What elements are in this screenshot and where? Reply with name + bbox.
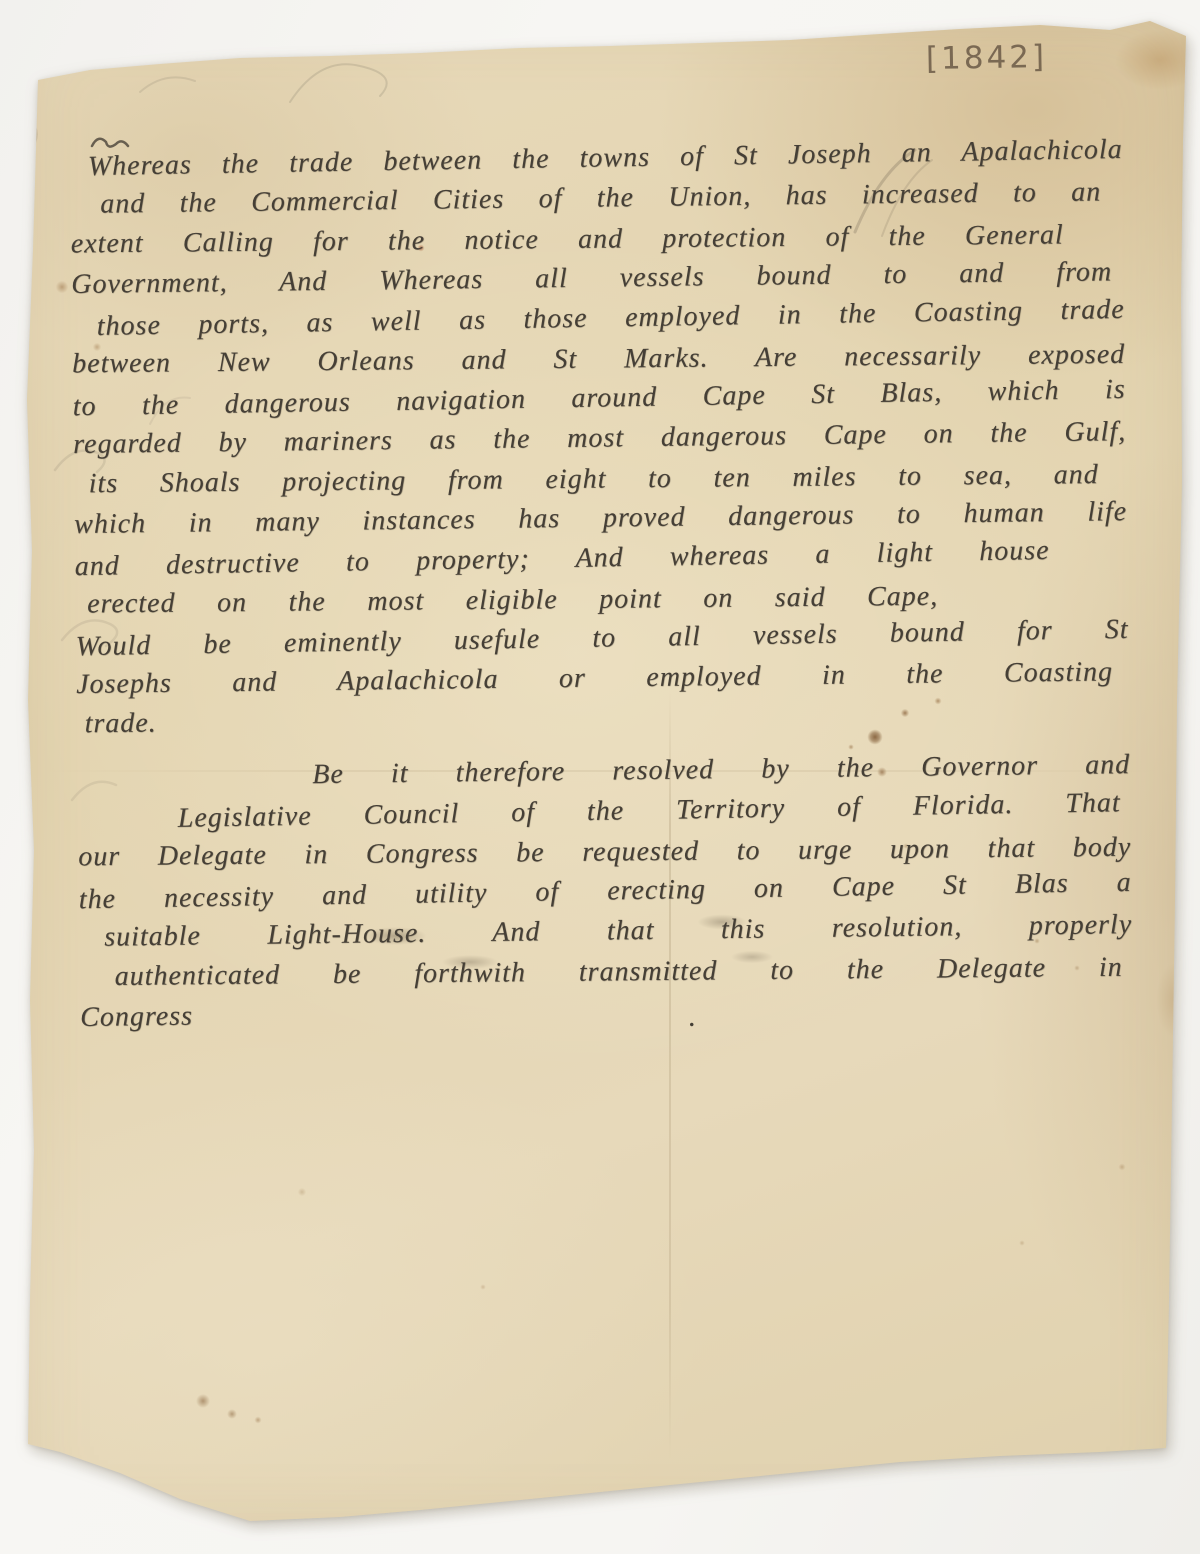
- manuscript-page: [1842] Whereas the trade between the tow…: [0, 0, 1200, 1554]
- manuscript-text: Whereas the trade between the towns of S…: [70, 132, 1134, 1038]
- manuscript-line: trade.: [84, 695, 1129, 744]
- scan-background: [1842] Whereas the trade between the tow…: [0, 0, 1200, 1554]
- year-annotation: [1842]: [926, 39, 1048, 77]
- paper-shadow: [1842] Whereas the trade between the tow…: [0, 0, 1200, 1554]
- stray-period-mark: .: [688, 1000, 696, 1034]
